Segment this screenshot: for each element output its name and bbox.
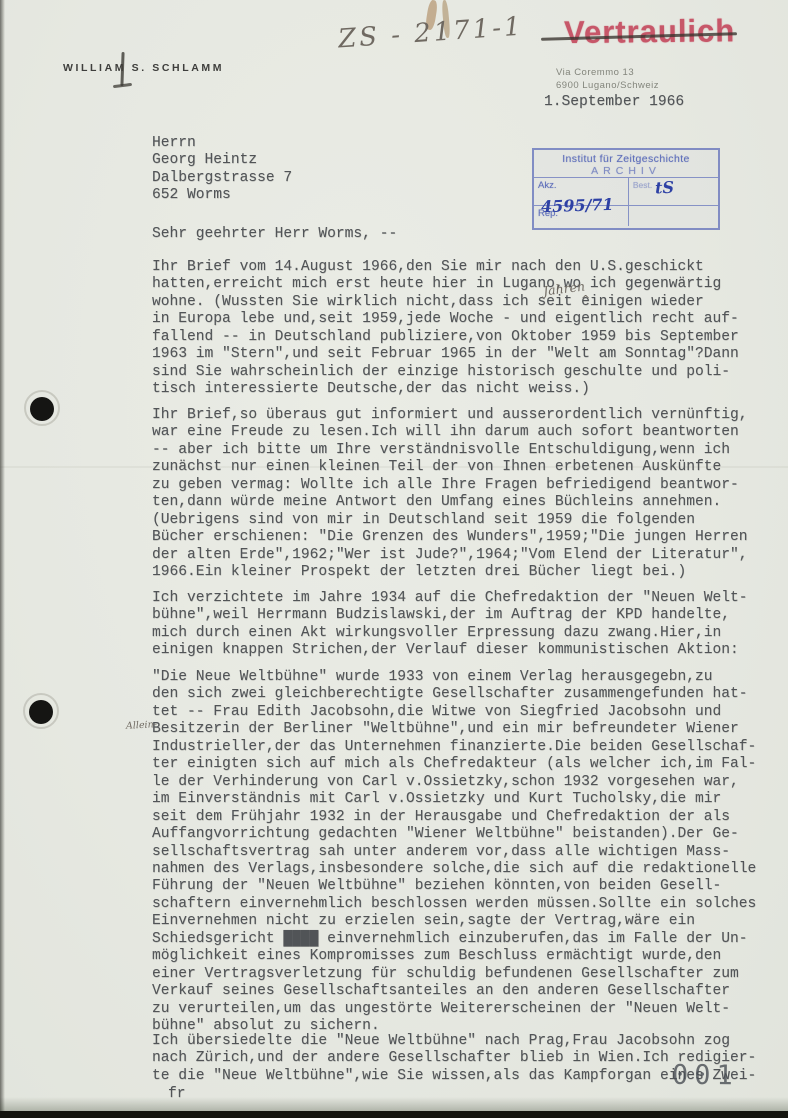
- paragraph-3: Ich verzichtete im Jahre 1934 auf die Ch…: [152, 590, 782, 660]
- sender-address: Via Coremmo 13 6900 Lugano/Schweiz: [556, 66, 659, 92]
- akz-label: Akz.: [538, 180, 556, 191]
- best-label: Best.: [633, 180, 652, 190]
- caret-mark: ^: [581, 293, 590, 306]
- sender-address-line2: 6900 Lugano/Schweiz: [556, 79, 659, 92]
- page-number-stamp: 001: [672, 1060, 739, 1092]
- rep-cell-empty: [628, 206, 718, 226]
- letter-page: WILLIAM S. SCHLAMM ZS - 2171-1 Vertrauli…: [0, 0, 788, 1118]
- archive-stamp: Institut für Zeitgeschichte ARCHIV Akz.4…: [532, 148, 720, 230]
- best-cell: Best.tS: [628, 178, 718, 205]
- archive-stamp-institution: Institut für Zeitgeschichte: [534, 150, 718, 165]
- scan-edge-shadow: [0, 1097, 788, 1111]
- akz-cell: Akz.4595/71: [534, 178, 628, 205]
- archive-signature-handwritten: ZS - 2171-1: [337, 12, 524, 55]
- scan-edge-bottom: [0, 1111, 788, 1118]
- archive-stamp-row-akz: Akz.4595/71 Best.tS: [534, 177, 718, 205]
- pencil-mark: [113, 83, 132, 88]
- salutation: Sehr geehrter Herr Worms, --: [152, 226, 397, 243]
- archive-stamp-archiv: ARCHIV: [534, 165, 718, 177]
- hole-punch-bottom: [29, 700, 53, 724]
- recipient-address: Herrn Georg Heintz Dalbergstrasse 7 652 …: [152, 135, 292, 205]
- akz-value-handwritten: 4595/71: [541, 195, 614, 217]
- paragraph-2: Ihr Brief,so überaus gut informiert und …: [152, 407, 782, 582]
- letterhead-name: WILLIAM S. SCHLAMM: [63, 62, 224, 74]
- paragraph-4: "Die Neue Weltbühne" wurde 1933 von eine…: [152, 669, 782, 1036]
- paragraph-1: Ihr Brief vom 14.August 1966,den Sie mir…: [152, 259, 782, 399]
- date-line: 1.September 1966: [544, 94, 684, 111]
- scan-edge-left: [0, 0, 5, 1118]
- handwritten-margin-note: Allein-: [126, 719, 157, 732]
- best-value-handwritten: tS: [655, 178, 675, 198]
- hole-punch-top: [30, 397, 54, 421]
- sender-address-line1: Via Coremmo 13: [556, 66, 659, 79]
